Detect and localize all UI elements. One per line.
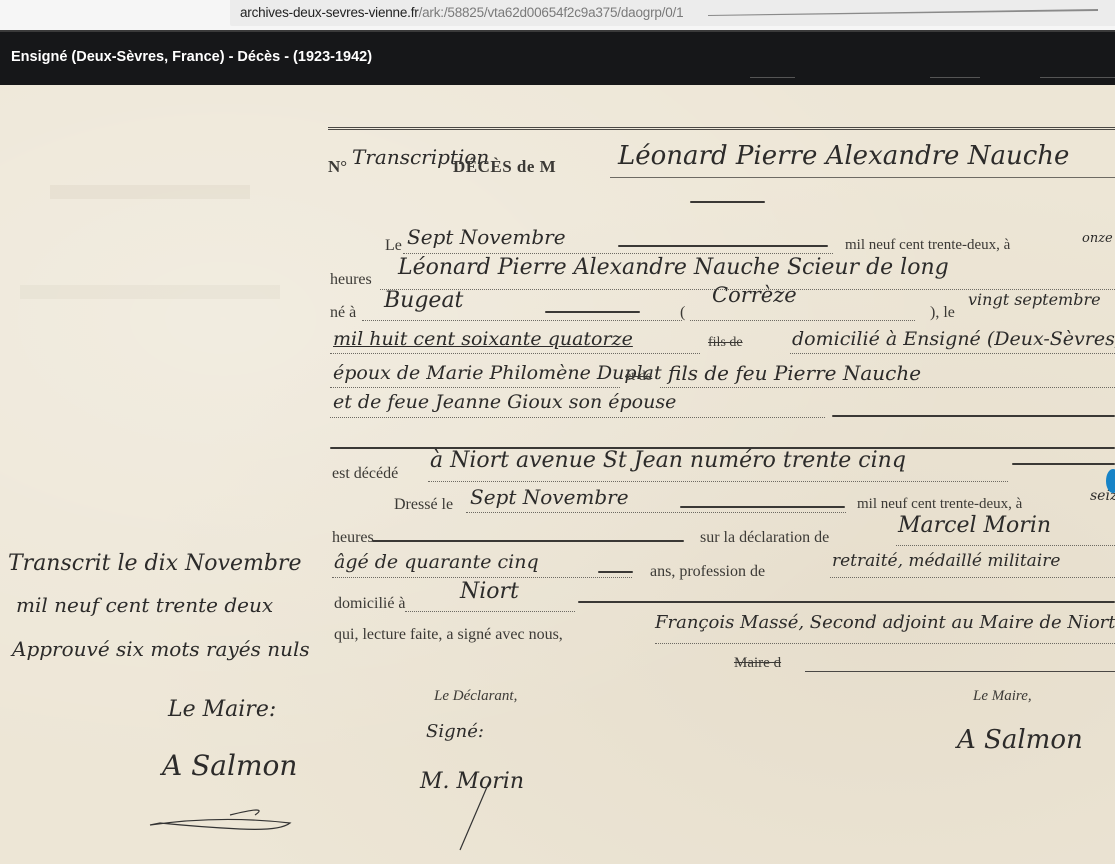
birth-year-line — [330, 353, 700, 354]
maire-line — [805, 671, 1115, 672]
dresse-year-text: mil neuf cent trente-deux, à — [857, 496, 1022, 513]
father-line — [660, 387, 1115, 388]
filler-bar — [545, 311, 640, 313]
heures-label: heures — [330, 271, 372, 289]
deceased-full-name: Léonard Pierre Alexandre Nauche Scieur d… — [398, 255, 949, 280]
birthplace-line — [362, 320, 682, 321]
death-date: Sept Novembre — [407, 225, 566, 249]
date-line — [403, 253, 833, 254]
profession-label: ans, profession de — [650, 563, 765, 581]
url-domain: archives-deux-sevres-vienne.fr — [240, 5, 419, 20]
margin-maire-signature: A Salmon — [162, 749, 297, 782]
dept-line — [690, 320, 915, 321]
declarant-line — [896, 545, 1115, 546]
viewer-header: Ensigné (Deux-Sèvres, France) - Décès - … — [0, 30, 1115, 85]
filler-bar — [372, 540, 684, 542]
mayor-signature: A Salmon — [957, 725, 1083, 755]
viewer-title: Ensigné (Deux-Sèvres, France) - Décès - … — [11, 49, 372, 65]
toolbar-divider — [750, 77, 795, 78]
ne-label: né à — [330, 304, 356, 322]
birth-day: vingt septembre — [968, 290, 1101, 309]
name-line — [610, 177, 1115, 178]
signature-stroke — [455, 775, 495, 855]
mother-line — [330, 417, 825, 418]
birth-year: mil huit cent soixante quatorze — [333, 328, 633, 350]
declarant-age: âgé de quarante cinq — [334, 551, 539, 573]
filler-bar — [832, 415, 1115, 417]
filler-bar — [598, 571, 633, 573]
declarant-signe-label: Signé: — [426, 721, 484, 742]
scroll-handle-icon[interactable] — [1106, 469, 1115, 493]
mayor-label: Le Maire, — [973, 688, 1032, 705]
spouse-line — [330, 387, 620, 388]
domicile-line — [790, 353, 1115, 354]
declarant-domicile: Niort — [460, 579, 519, 604]
deces-label: DÉCÈS de M — [453, 157, 556, 177]
document-image[interactable]: N° Transcription DÉCÈS de M Léonard Pier… — [0, 85, 1115, 864]
declarant-profession: retraité, médaillé militaire — [832, 551, 1060, 571]
fils-de-struck: fils de — [708, 335, 743, 351]
top-rule — [328, 127, 1115, 130]
scan-artifact — [708, 8, 1098, 16]
bleed-through — [20, 285, 280, 299]
le-label: Le — [385, 237, 402, 255]
le-after-dept: ), le — [930, 304, 955, 322]
est-decede-label: est décédé — [332, 465, 398, 483]
death-hour: onze — [1082, 231, 1113, 246]
death-place-line — [428, 481, 1008, 482]
signature-flourish — [140, 785, 300, 835]
declarant-name: Marcel Morin — [898, 513, 1051, 538]
year-text: mil neuf cent trente-deux, à — [845, 237, 1010, 254]
margin-note-line1: Transcrit le dix Novembre — [8, 551, 301, 576]
signe-label: qui, lecture faite, a signé avec nous, — [334, 626, 563, 644]
birth-department: Corrèze — [712, 283, 797, 307]
margin-note-line2: mil neuf cent trente deux — [16, 593, 273, 617]
filler-bar — [1012, 463, 1115, 465]
number-label: N° — [328, 157, 347, 177]
margin-note-line3: Approuvé six mots rayés nuls — [12, 637, 310, 661]
margin-maire-label: Le Maire: — [168, 697, 276, 722]
declarant-domicile-line — [405, 611, 575, 612]
heures2-label: heures — [332, 529, 374, 547]
officer-line — [655, 643, 1115, 644]
et-de-struck: et de — [625, 369, 652, 385]
domicilie-label: domicilié à — [334, 595, 406, 613]
declarant-label: Le Déclarant, — [434, 688, 517, 705]
url-text[interactable]: archives-deux-sevres-vienne.fr/ark:/5882… — [240, 5, 683, 20]
bleed-through — [50, 185, 250, 199]
header-dash — [690, 201, 765, 203]
filler-bar — [618, 245, 828, 247]
url-path: /ark:/58825/vta62d00654f2c9a375/daogrp/0… — [419, 5, 684, 20]
toolbar-divider — [1040, 77, 1115, 78]
birthplace: Bugeat — [384, 288, 463, 313]
officer-name: François Massé, Second adjoint au Maire … — [655, 612, 1115, 633]
dresse-label: Dressé le — [394, 496, 453, 514]
age-line — [332, 577, 632, 578]
father: fils de feu Pierre Nauche — [668, 361, 921, 385]
mother: et de feue Jeanne Gioux son épouse — [333, 391, 676, 413]
record-date: Sept Novembre — [470, 485, 629, 509]
dresse-line — [466, 512, 846, 513]
paren-open: ( — [680, 304, 685, 322]
browser-url-bar: archives-deux-sevres-vienne.fr/ark:/5882… — [0, 0, 1115, 30]
deceased-name: Léonard Pierre Alexandre Nauche — [618, 141, 1069, 171]
spouse: époux de Marie Philomène Duplat — [333, 362, 662, 384]
declaration-label: sur la déclaration de — [700, 529, 829, 547]
deceased-domicile: domicilié à Ensigné (Deux-Sèvres) — [792, 328, 1115, 350]
filler-bar — [578, 601, 1115, 603]
address-field[interactable]: archives-deux-sevres-vienne.fr/ark:/5882… — [230, 0, 1115, 26]
filler-bar — [680, 506, 845, 508]
toolbar-divider — [930, 77, 980, 78]
maire-struck: Maire d — [734, 655, 781, 672]
profession-line — [830, 577, 1115, 578]
death-place: à Niort avenue St Jean numéro trente cin… — [430, 448, 906, 473]
